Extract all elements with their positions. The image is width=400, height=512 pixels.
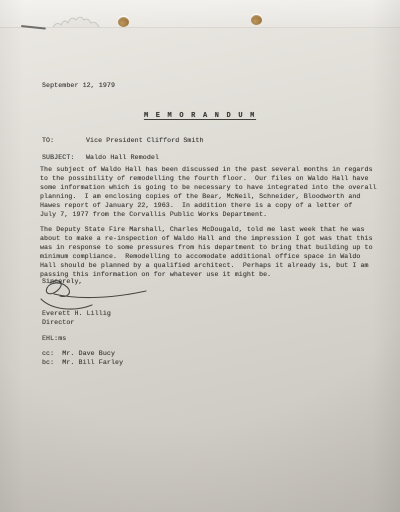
memo-title: M E M O R A N D U M	[0, 112, 400, 121]
reference-initials: EHL:ms	[42, 334, 66, 343]
to-value: Vice President Clifford Smith	[86, 136, 204, 145]
cc-line: cc: Mr. Dave Bucy	[42, 349, 115, 358]
to-label: TO:	[42, 136, 54, 145]
punch-hole-icon	[251, 15, 262, 25]
embossed-seal-mark	[52, 12, 100, 28]
signer-name: Everett H. Lillig	[42, 309, 111, 318]
signer-title: Director	[42, 318, 74, 327]
punch-hole-icon	[118, 17, 129, 27]
memo-photo: September 12, 1979 M E M O R A N D U M T…	[0, 0, 400, 512]
body-paragraph-1: The subject of Waldo Hall has been discu…	[40, 165, 385, 220]
subject-value: Waldo Hall Remodel	[86, 153, 159, 162]
memo-date: September 12, 1979	[42, 81, 115, 90]
body-paragraph-2: The Deputy State Fire Marshall, Charles …	[40, 225, 385, 280]
bc-line: bc: Mr. Bill Farley	[42, 358, 123, 367]
subject-label: SUBJECT:	[42, 153, 74, 162]
